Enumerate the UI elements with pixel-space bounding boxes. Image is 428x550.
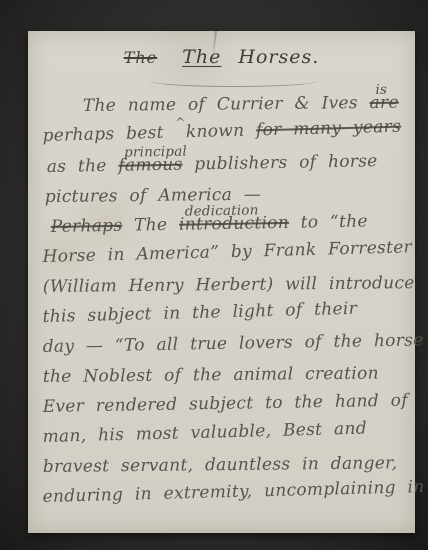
handwritten-text: Horse in America” by Frank Forrester	[42, 237, 412, 267]
title-word-horses: Horses.	[238, 46, 319, 68]
handwritten-text: day — “To all true lovers of the horse	[43, 330, 424, 357]
handwritten-text: enduring in extremity, uncomplaining in	[42, 477, 424, 507]
handwritten-text: to “the	[289, 211, 368, 232]
handwritten-text: perhaps best	[42, 123, 175, 146]
handwritten-text: The	[122, 215, 179, 236]
page-title: The The Horses.	[28, 46, 415, 68]
title-underline	[150, 80, 318, 87]
manuscript-page: The The Horses. The name of Currier & Iv…	[28, 31, 415, 533]
struck-text: for many years	[256, 117, 402, 141]
inserted-word: principal	[124, 145, 187, 160]
manuscript-line: day — “To all true lovers of the horse	[42, 326, 404, 362]
manuscript-lines: The name of Currier & Ives isareperhaps …	[43, 91, 405, 512]
insertion-caret: ^	[175, 115, 186, 129]
handwritten-text: this subject in the light of their	[42, 299, 357, 327]
manuscript-line: as the principalfamous publishers of hor…	[46, 146, 404, 182]
handwritten-text: man, his most valuable, Best and	[42, 419, 367, 447]
handwritten-text: the Noblest of the animal creation	[43, 363, 379, 387]
inserted-word: dedication	[185, 204, 259, 219]
handwritten-text: known	[186, 120, 257, 142]
handwritten-text: publishers of horse	[182, 151, 377, 174]
inserted-word: is	[375, 83, 387, 97]
title-struck-word: The	[124, 48, 157, 67]
struck-text: Perhaps	[51, 216, 123, 237]
handwritten-text: as the	[47, 156, 119, 177]
title-word-the: The	[182, 46, 221, 68]
photo-background: The The Horses. The name of Currier & Iv…	[0, 0, 428, 550]
correction-stack: principalfamous	[118, 150, 183, 181]
